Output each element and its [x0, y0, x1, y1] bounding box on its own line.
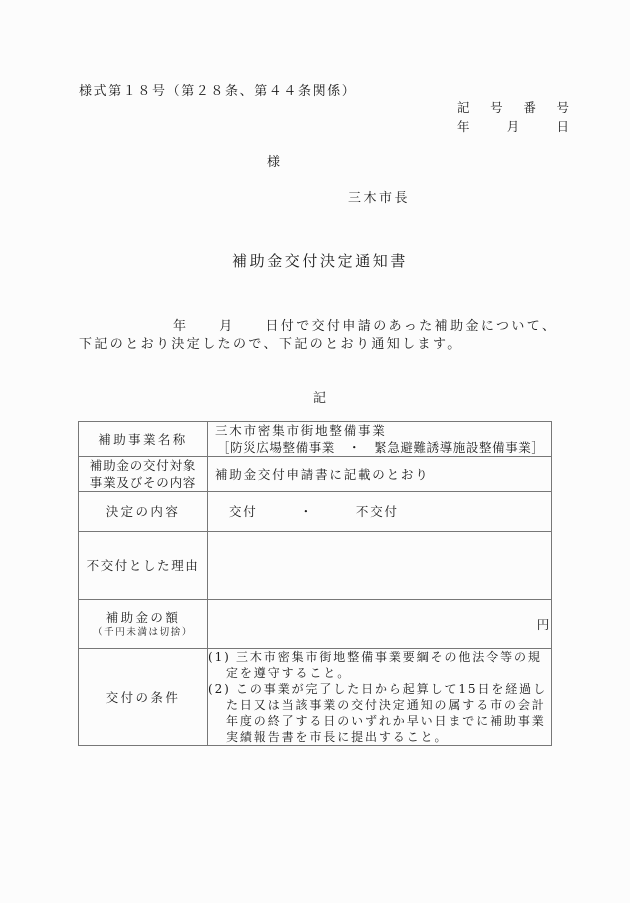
table-row-amount: 補助金の額 （千円未満は切捨） 円	[79, 600, 552, 649]
target-value: 補助金交付申請書に記載のとおり	[208, 457, 552, 492]
condition-number: (2)	[208, 681, 236, 697]
decision-option-grant: 交付	[229, 503, 258, 520]
document-title: 補助金交付決定通知書	[232, 250, 408, 271]
project-name-line-1: 三木市密集市街地整備事業	[215, 422, 551, 439]
doc-number-char: 号	[490, 98, 503, 117]
project-name-value: 三木市密集市街地整備事業 ［防災広場整備事業 ・ 緊急避難誘導施設整備事業］	[208, 422, 552, 457]
table-row-project-name: 補助事業名称 三木市密集市街地整備事業 ［防災広場整備事業 ・ 緊急避難誘導施設…	[79, 422, 552, 457]
doc-number-char: 号	[556, 98, 569, 117]
decision-separator: ・	[300, 503, 314, 520]
target-label: 補助金の交付対象 事業及びその内容	[79, 457, 208, 492]
amount-label-text: 補助金の額	[106, 610, 181, 625]
target-label-line-2: 事業及びその内容	[79, 474, 207, 491]
amount-label: 補助金の額 （千円未満は切捨）	[79, 600, 208, 649]
date-year: 年	[457, 117, 470, 136]
condition-item: (1)三木市密集市街地整備事業要綱その他法令等の規定を遵守すること。	[208, 649, 551, 681]
table-row-refusal-reason: 不交付とした理由	[79, 532, 552, 600]
document-number-block: 記 号 番 号 年 月 日	[457, 98, 569, 136]
table-row-decision: 決定の内容 交付 ・ 不交付	[79, 492, 552, 532]
table-row-conditions: 交付の条件 (1)三木市密集市街地整備事業要綱その他法令等の規定を遵守すること。…	[79, 649, 552, 746]
body-text-line-2: 下記のとおり決定したので、下記のとおり通知します。	[79, 333, 463, 352]
condition-item: (2)この事業が完了した日から起算して15日を経過した日又は当該事業の交付決定通…	[208, 681, 551, 745]
form-number: 様式第１８号（第２８条、第４４条関係）	[79, 80, 356, 99]
amount-unit: 円	[537, 617, 551, 632]
decision-value: 交付 ・ 不交付	[208, 492, 552, 532]
condition-text: この事業が完了した日から起算して15日を経過した日又は当該事業の交付決定通知の属…	[226, 682, 547, 744]
target-label-line-1: 補助金の交付対象	[79, 457, 207, 474]
conditions-value: (1)三木市密集市街地整備事業要綱その他法令等の規定を遵守すること。 (2)この…	[208, 649, 552, 746]
refusal-reason-label: 不交付とした理由	[79, 532, 208, 600]
project-name-label: 補助事業名称	[79, 422, 208, 457]
date-month: 月	[507, 117, 520, 136]
amount-value: 円	[208, 600, 552, 649]
date-day: 日	[556, 117, 569, 136]
doc-number-char: 番	[523, 98, 536, 117]
document-number-row: 記 号 番 号	[457, 98, 569, 117]
sender: 三木市長	[348, 187, 410, 206]
refusal-reason-value	[208, 532, 552, 600]
ki-heading: 記	[313, 387, 326, 406]
doc-number-char: 記	[457, 98, 470, 117]
table-row-target: 補助金の交付対象 事業及びその内容 補助金交付申請書に記載のとおり	[79, 457, 552, 492]
conditions-label: 交付の条件	[79, 649, 208, 746]
amount-note: （千円未満は切捨）	[79, 626, 207, 640]
decision-label: 決定の内容	[79, 492, 208, 532]
document-date-row: 年 月 日	[457, 117, 569, 136]
body-text-line-1: 年 月 日付で交付申請のあった補助金について、	[173, 315, 557, 334]
details-table: 補助事業名称 三木市密集市街地整備事業 ［防災広場整備事業 ・ 緊急避難誘導施設…	[78, 421, 552, 746]
condition-number: (1)	[208, 649, 236, 665]
condition-text: 三木市密集市街地整備事業要綱その他法令等の規定を遵守すること。	[226, 650, 542, 680]
addressee: 様	[267, 151, 280, 170]
project-name-line-2: ［防災広場整備事業 ・ 緊急避難誘導施設整備事業］	[215, 439, 551, 456]
decision-option-refuse: 不交付	[356, 503, 399, 520]
